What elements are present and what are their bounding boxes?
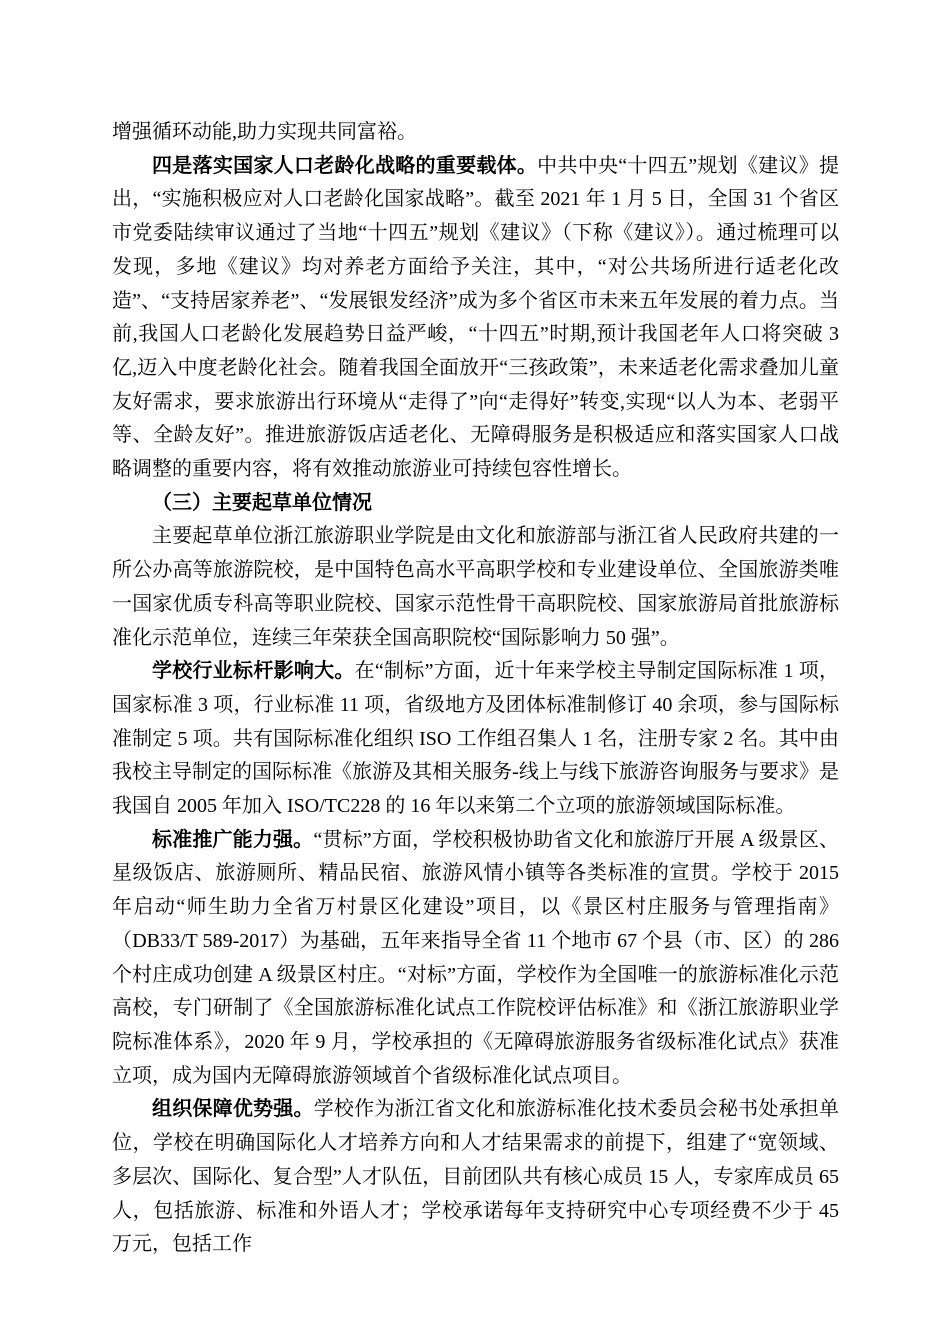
document-page: 增强循环动能,助力实现共同富裕。四是落实国家人口老龄化战略的重要载体。中共中央“… [0,0,950,1344]
document-body: 增强循环动能,助力实现共同富裕。四是落实国家人口老龄化战略的重要载体。中共中央“… [112,116,839,1262]
paragraph: 四是落实国家人口老龄化战略的重要载体。中共中央“十四五”规划《建议》提出，“实施… [112,150,839,487]
text-run: 中共中央“十四五”规划《建议》提出，“实施积极应对人口老龄化国家战略”。截至 2… [112,155,839,480]
bold-text-run: 学校行业标杆影响大。 [152,660,355,682]
paragraph: 组织保障优势强。学校作为浙江省文化和旅游标准化技术委员会秘书处承担单位，学校在明… [112,1093,839,1262]
paragraph: 标准推广能力强。“贯标”方面，学校积极协助省文化和旅游厅开展 A 级景区、星级饭… [112,824,839,1094]
section-heading: （三）主要起草单位情况 [112,487,839,521]
paragraph: 主要起草单位浙江旅游职业学院是由文化和旅游部与浙江省人民政府共建的一所公办高等旅… [112,520,839,655]
text-run: 增强循环动能,助力实现共同富裕。 [112,121,417,143]
bold-text-run: 四是落实国家人口老龄化战略的重要载体。 [152,155,537,177]
paragraph: 学校行业标杆影响大。在“制标”方面，近十年来学校主导制定国际标准 1 项，国家标… [112,655,839,824]
text-run: 学校作为浙江省文化和旅游标准化技术委员会秘书处承担单位，学校在明确国际化人才培养… [112,1098,839,1255]
text-run: 主要起草单位浙江旅游职业学院是由文化和旅游部与浙江省人民政府共建的一所公办高等旅… [112,525,839,648]
bold-text-run: 组织保障优势强。 [152,1098,314,1120]
text-run: 在“制标”方面，近十年来学校主导制定国际标准 1 项，国家标准 3 项，行业标准… [112,660,839,817]
text-run: “贯标”方面，学校积极协助省文化和旅游厅开展 A 级景区、星级饭店、旅游厕所、精… [112,829,839,1087]
bold-text-run: 标准推广能力强。 [152,829,313,851]
paragraph: 增强循环动能,助力实现共同富裕。 [112,116,839,150]
bold-text-run: （三）主要起草单位情况 [152,492,372,514]
